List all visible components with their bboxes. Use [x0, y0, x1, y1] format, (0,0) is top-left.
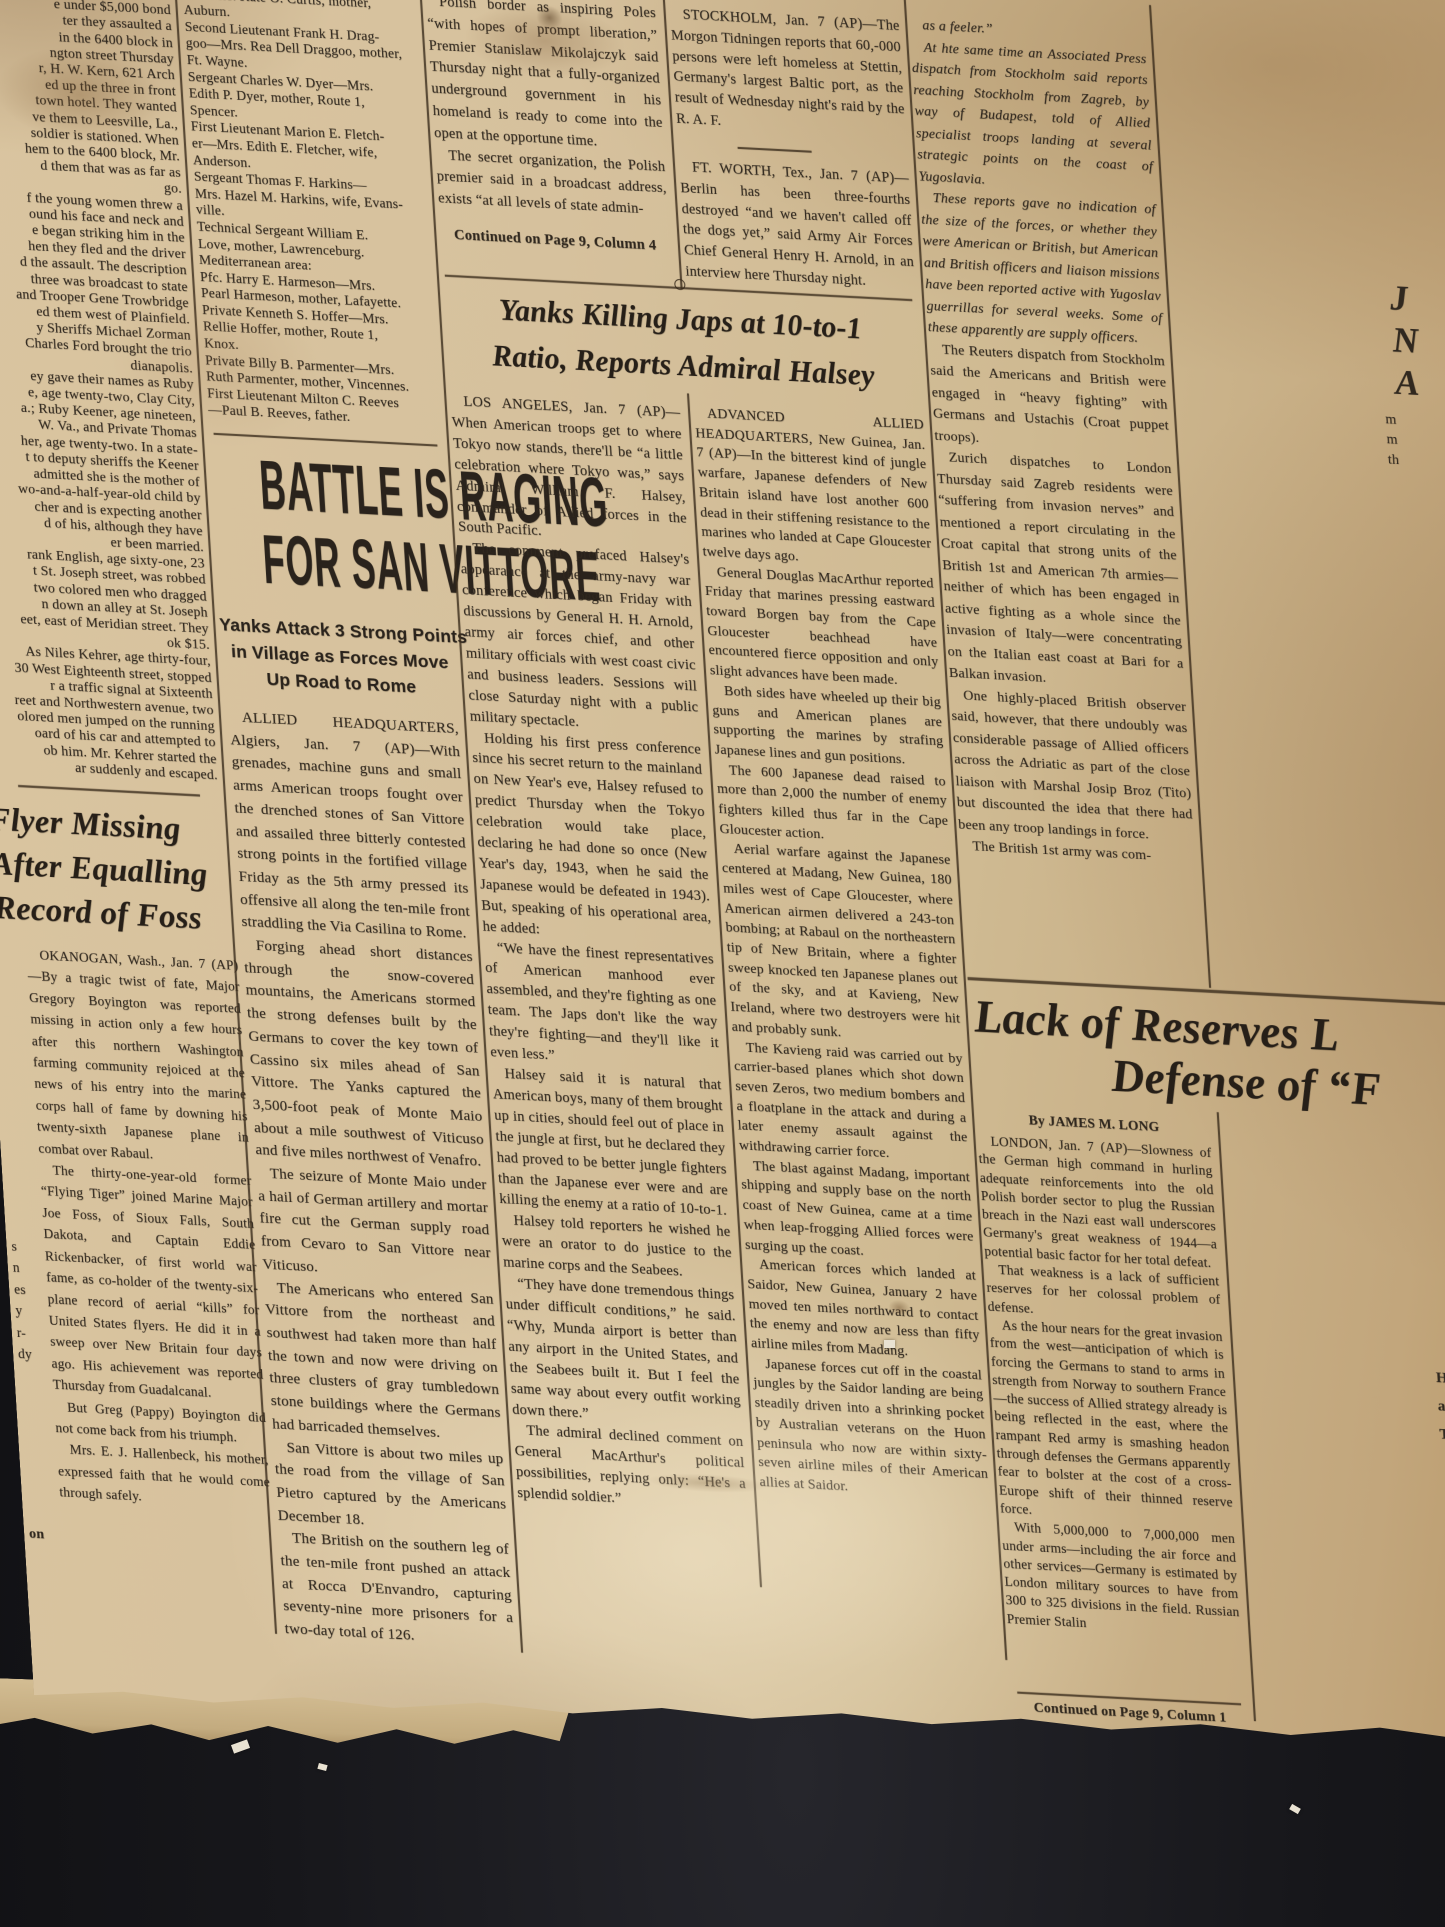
- paper-speck-2: [317, 1763, 327, 1771]
- yugoslavia-body: as a feeler.”At hte same time an Associa…: [909, 15, 1196, 870]
- article-paragraph: The seizure of Monte Maio under a hail o…: [256, 1162, 493, 1288]
- article-paragraph: Polish border as inspiring Poles “with h…: [425, 0, 664, 157]
- article-paragraph: The Reuters dispatch from Stockholm said…: [929, 339, 1171, 459]
- london-reserves-body: LONDON, Jan. 7 (AP)—Slowness of the Germ…: [977, 1132, 1241, 1641]
- paper-speck-4: [1289, 1804, 1301, 1814]
- article-paragraph: The blast against Madang, important ship…: [740, 1156, 976, 1267]
- article-paragraph: American forces which landed at Saidor, …: [746, 1255, 982, 1366]
- newsprint-sheet: nia were held on a e under $5,000 bond t…: [0, 0, 1445, 1867]
- article-paragraph: “We have the finest representatives of A…: [483, 937, 720, 1075]
- article-paragraph: STOCKHOLM, Jan. 7 (AP)—The Morgon Tidnin…: [669, 4, 906, 141]
- battle-raging-subhead: Yanks Attack 3 Strong Pointsin Village a…: [219, 611, 461, 702]
- article-paragraph: The Kavieng raid was carried out by carr…: [732, 1037, 969, 1168]
- article-paragraph: Mrs. E. J. Hallenbeck, his mother, expre…: [56, 1438, 272, 1514]
- article-paragraph: One highly-placed British observer said,…: [950, 684, 1195, 848]
- article-paragraph: Both sides have wheeled up their big gun…: [711, 681, 946, 772]
- right-edge-brief-fragments: Hu an Tu: [1435, 1364, 1445, 1451]
- article-paragraph: Japanese forces cut off in the coastal j…: [752, 1354, 990, 1505]
- article-paragraph: The Americans who entered San Vittore fr…: [263, 1276, 502, 1448]
- article-paragraph: “They have done tremendous things under …: [504, 1273, 743, 1432]
- article-paragraph: Halsey said it is natural that American …: [491, 1063, 730, 1222]
- article-paragraph: OKANOGAN, Wash., Jan. 7 (AP)—By a tragic…: [26, 944, 251, 1170]
- article-paragraph: ADVANCED ALLIED HEADQUARTERS, New Guinea…: [694, 404, 933, 574]
- newspaper-page: nia were held on a e under $5,000 bond t…: [0, 0, 1445, 1873]
- continued-page9-col4: Continued on Page 9, Column 4: [440, 226, 671, 255]
- article-paragraph: With 5,000,000 to 7,000,000 men under ar…: [1001, 1518, 1241, 1641]
- polish-underground-top: Polish border as inspiring Poles “with h…: [425, 0, 668, 222]
- article-paragraph: Holding his first press conference since…: [470, 727, 713, 949]
- article-paragraph: Zurich dispatches to London Thursday sai…: [935, 447, 1185, 697]
- article-paragraph: LOS ANGELES, Jan. 7 (AP)—When American t…: [450, 391, 689, 550]
- article-paragraph: At hte same time an Associated Press dis…: [910, 36, 1155, 200]
- ft-worth-brief: FT. WORTH, Tex., Jan. 7 (AP)—Berlin has …: [678, 157, 915, 294]
- article-paragraph: The comment prefaced Halsey's appearance…: [459, 538, 700, 739]
- newspaper-photo: nia were held on a e under $5,000 bond t…: [0, 0, 1445, 1927]
- flyer-missing-headline: Flyer MissingAfter EquallingRecord of Fo…: [0, 797, 245, 943]
- divider-between-briefs: [738, 147, 812, 153]
- article-paragraph: As the hour nears for the great invasion…: [988, 1316, 1234, 1530]
- headline-line: FOR SAN VITTORE: [213, 523, 455, 610]
- article-paragraph: FT. WORTH, Tex., Jan. 7 (AP)—Berlin has …: [678, 157, 915, 294]
- article-paragraph: The British on the southern leg of the t…: [279, 1527, 516, 1653]
- paper-speck-1: [231, 1739, 250, 1753]
- stockholm-brief: STOCKHOLM, Jan. 7 (AP)—The Morgon Tidnin…: [669, 4, 906, 141]
- crime-story-fragments: nia were held on a e under $5,000 bond t…: [0, 0, 218, 783]
- battle-raging-headline: BATTLE IS RAGINGFOR SAN VITTORE: [209, 449, 456, 610]
- article-paragraph: LONDON, Jan. 7 (AP)—Slowness of the Germ…: [977, 1132, 1219, 1273]
- article-paragraph: San Vittore is about two miles up the ro…: [273, 1436, 508, 1539]
- article-paragraph: General Douglas MacArthur reported Frida…: [703, 562, 940, 693]
- flyer-missing-body: OKANOGAN, Wash., Jan. 7 (AP)—By a tragic…: [26, 944, 272, 1514]
- article-paragraph: The secret organization, the Polish prem…: [435, 145, 669, 223]
- right-edge-headline-fragments: J N A: [1389, 276, 1445, 406]
- article-paragraph: The admiral declined comment on General …: [513, 1420, 748, 1516]
- article-paragraph: Aerial warfare against the Japanese cent…: [720, 839, 962, 1049]
- right-edge-small-fragments: m m th: [1385, 410, 1439, 473]
- article-paragraph: ALLIED HEADQUARTERS, Algiers, Jan. 7 (AP…: [228, 706, 472, 946]
- article-paragraph: These reports gave no indication of the …: [919, 187, 1164, 351]
- casualty-list: Second Lieutenant Donald M. Cur- tis—Mrs…: [181, 0, 444, 431]
- yanks-killing-headline: Yanks Killing Japs at 10-to-1Ratio, Repo…: [443, 285, 920, 402]
- divider-above-flyer-headline: [18, 785, 200, 797]
- left-edge-fragment-on: on: [29, 1525, 60, 1547]
- article-paragraph: The 600 Japanese dead raised to more tha…: [715, 760, 950, 851]
- left-edge-fragments: s n es y r- dy: [11, 1235, 49, 1366]
- article-paragraph: Forging ahead short distances through th…: [242, 934, 486, 1174]
- paper-speck-3: [884, 1340, 895, 1348]
- article-paragraph: The thirty-one-year-old former “Flying T…: [39, 1159, 265, 1407]
